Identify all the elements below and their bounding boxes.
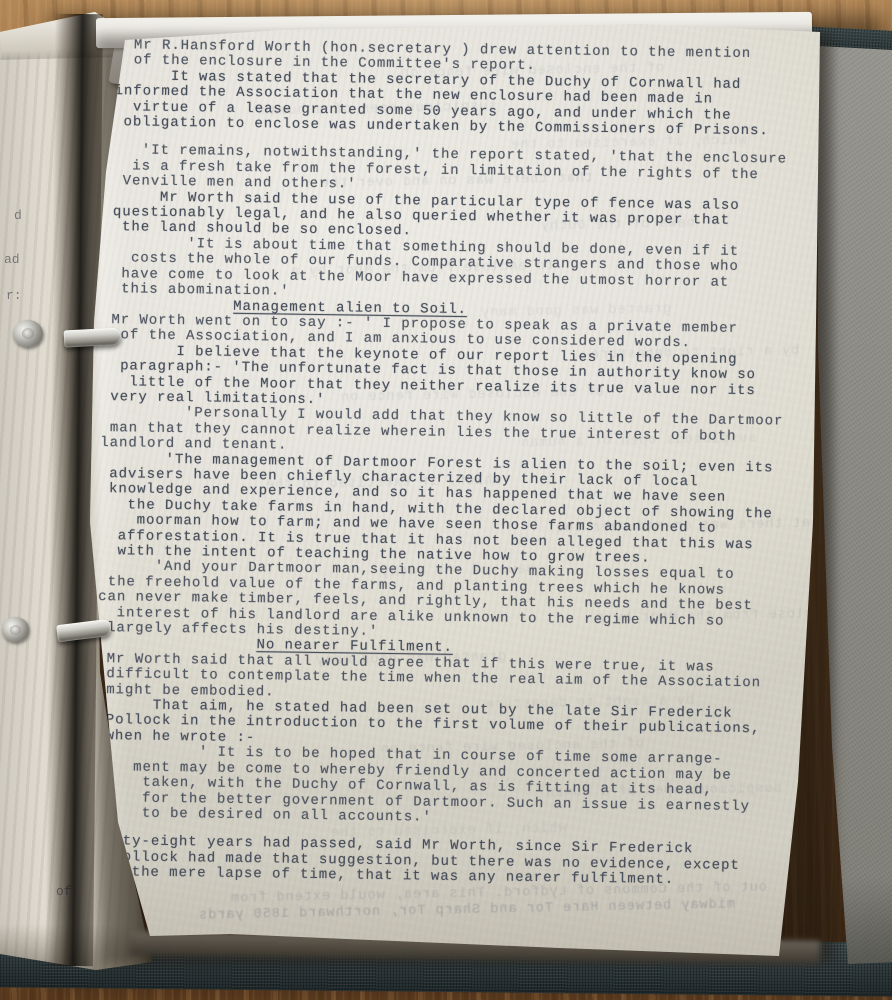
binder-stud-top [13,320,43,347]
paragraph: Forty-eight years had passed, said Mr Wo… [94,834,795,890]
paragraph: 'The management of Dartmoor Forest is al… [99,452,800,570]
stack-edge-text-fragment: r: [6,288,22,303]
binder-clip-top [64,328,122,348]
stack-edge-text-fragment: d [14,208,22,223]
typed-line: Forty-eight years had passed, said Mr Wo… [95,834,795,859]
paragraph: Mr Worth said that all would agree that … [97,652,798,708]
binder-stud-bottom [2,617,29,642]
paragraph: 'It remains, notwithstanding,' the repor… [104,143,805,199]
typed-line: by the mere lapse of time, that it was a… [94,865,794,890]
stack-edge-text-fragment: ad [4,252,20,267]
paragraph: ' It is to be hoped that in course of ti… [95,744,796,831]
paragraph: 'It is about time that something should … [102,236,803,307]
paragraph: 'And your Dartmoor man,seeing the Duchy … [98,559,799,646]
paragraph: 'Personally I would add that they know s… [100,405,801,461]
typed-line: Pollock had made that suggestion, but th… [94,850,794,875]
ghost-text-fragment: out of the Commons of Lydford. This area… [230,880,767,906]
paragraph: I believe that the keynote of our report… [101,344,802,415]
ghost-text-fragment: midway between Hare Tor and Sharp Tor, n… [198,897,735,923]
photo-canvas: dadr:—of out of the Commons of Lydford. … [0,0,892,1000]
typed-text: Mr R.Hansford Worth (hon.secretary ) dre… [94,38,806,890]
paragraph: It was stated that the secretary of the … [105,69,806,140]
main-page: out of the Commons of Lydford. This area… [80,22,828,966]
